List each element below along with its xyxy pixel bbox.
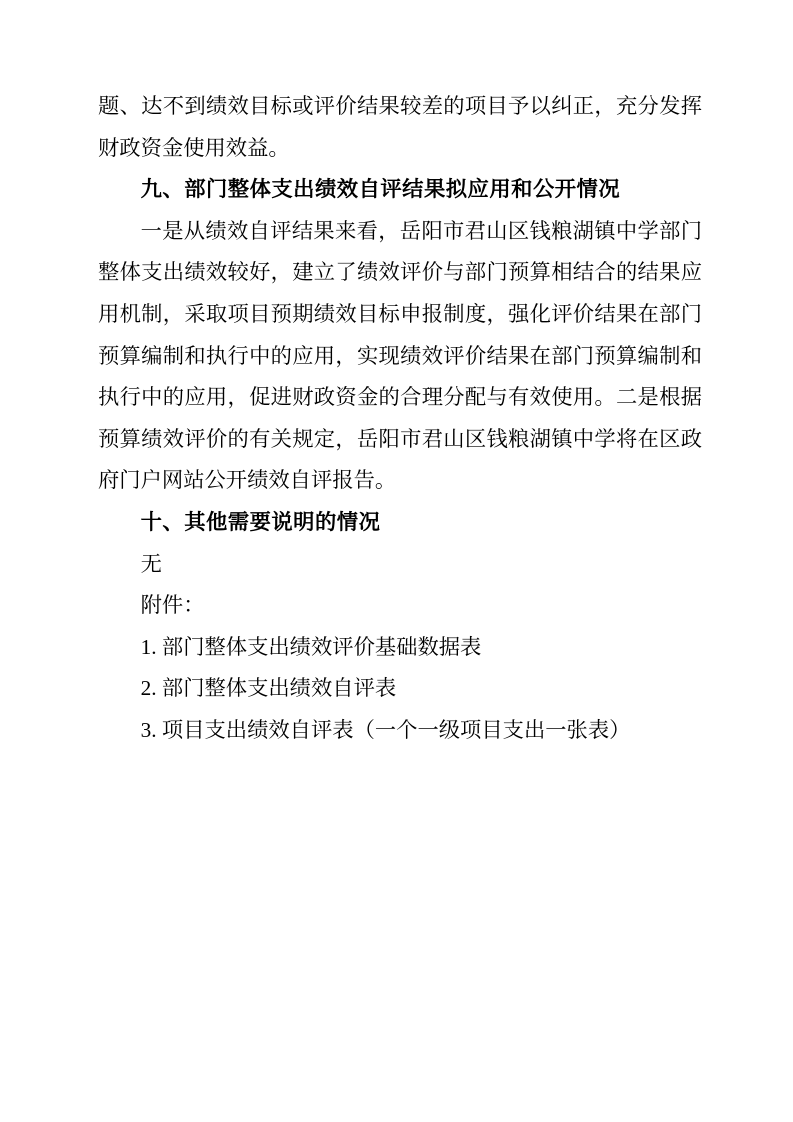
section-9-heading: 九、部门整体支出绩效自评结果拟应用和公开情况 bbox=[98, 169, 702, 211]
document-page: 题、达不到绩效目标或评价结果较差的项目予以纠正，充分发挥财政资金使用效益。 九、… bbox=[98, 86, 702, 752]
attachment-item-3: 3. 项目支出绩效自评表（一个一级项目支出一张表） bbox=[98, 710, 702, 752]
attachment-item-2: 2. 部门整体支出绩效自评表 bbox=[98, 668, 702, 710]
attachments-label: 附件： bbox=[98, 585, 702, 627]
attachment-item-1: 1. 部门整体支出绩效评价基础数据表 bbox=[98, 627, 702, 669]
section-10-body: 无 bbox=[98, 544, 702, 586]
continuation-paragraph: 题、达不到绩效目标或评价结果较差的项目予以纠正，充分发挥财政资金使用效益。 bbox=[98, 86, 702, 169]
section-9-body-paragraph: 一是从绩效自评结果来看，岳阳市君山区钱粮湖镇中学部门整体支出绩效较好，建立了绩效… bbox=[98, 211, 702, 502]
section-10-heading: 十、其他需要说明的情况 bbox=[98, 502, 702, 544]
